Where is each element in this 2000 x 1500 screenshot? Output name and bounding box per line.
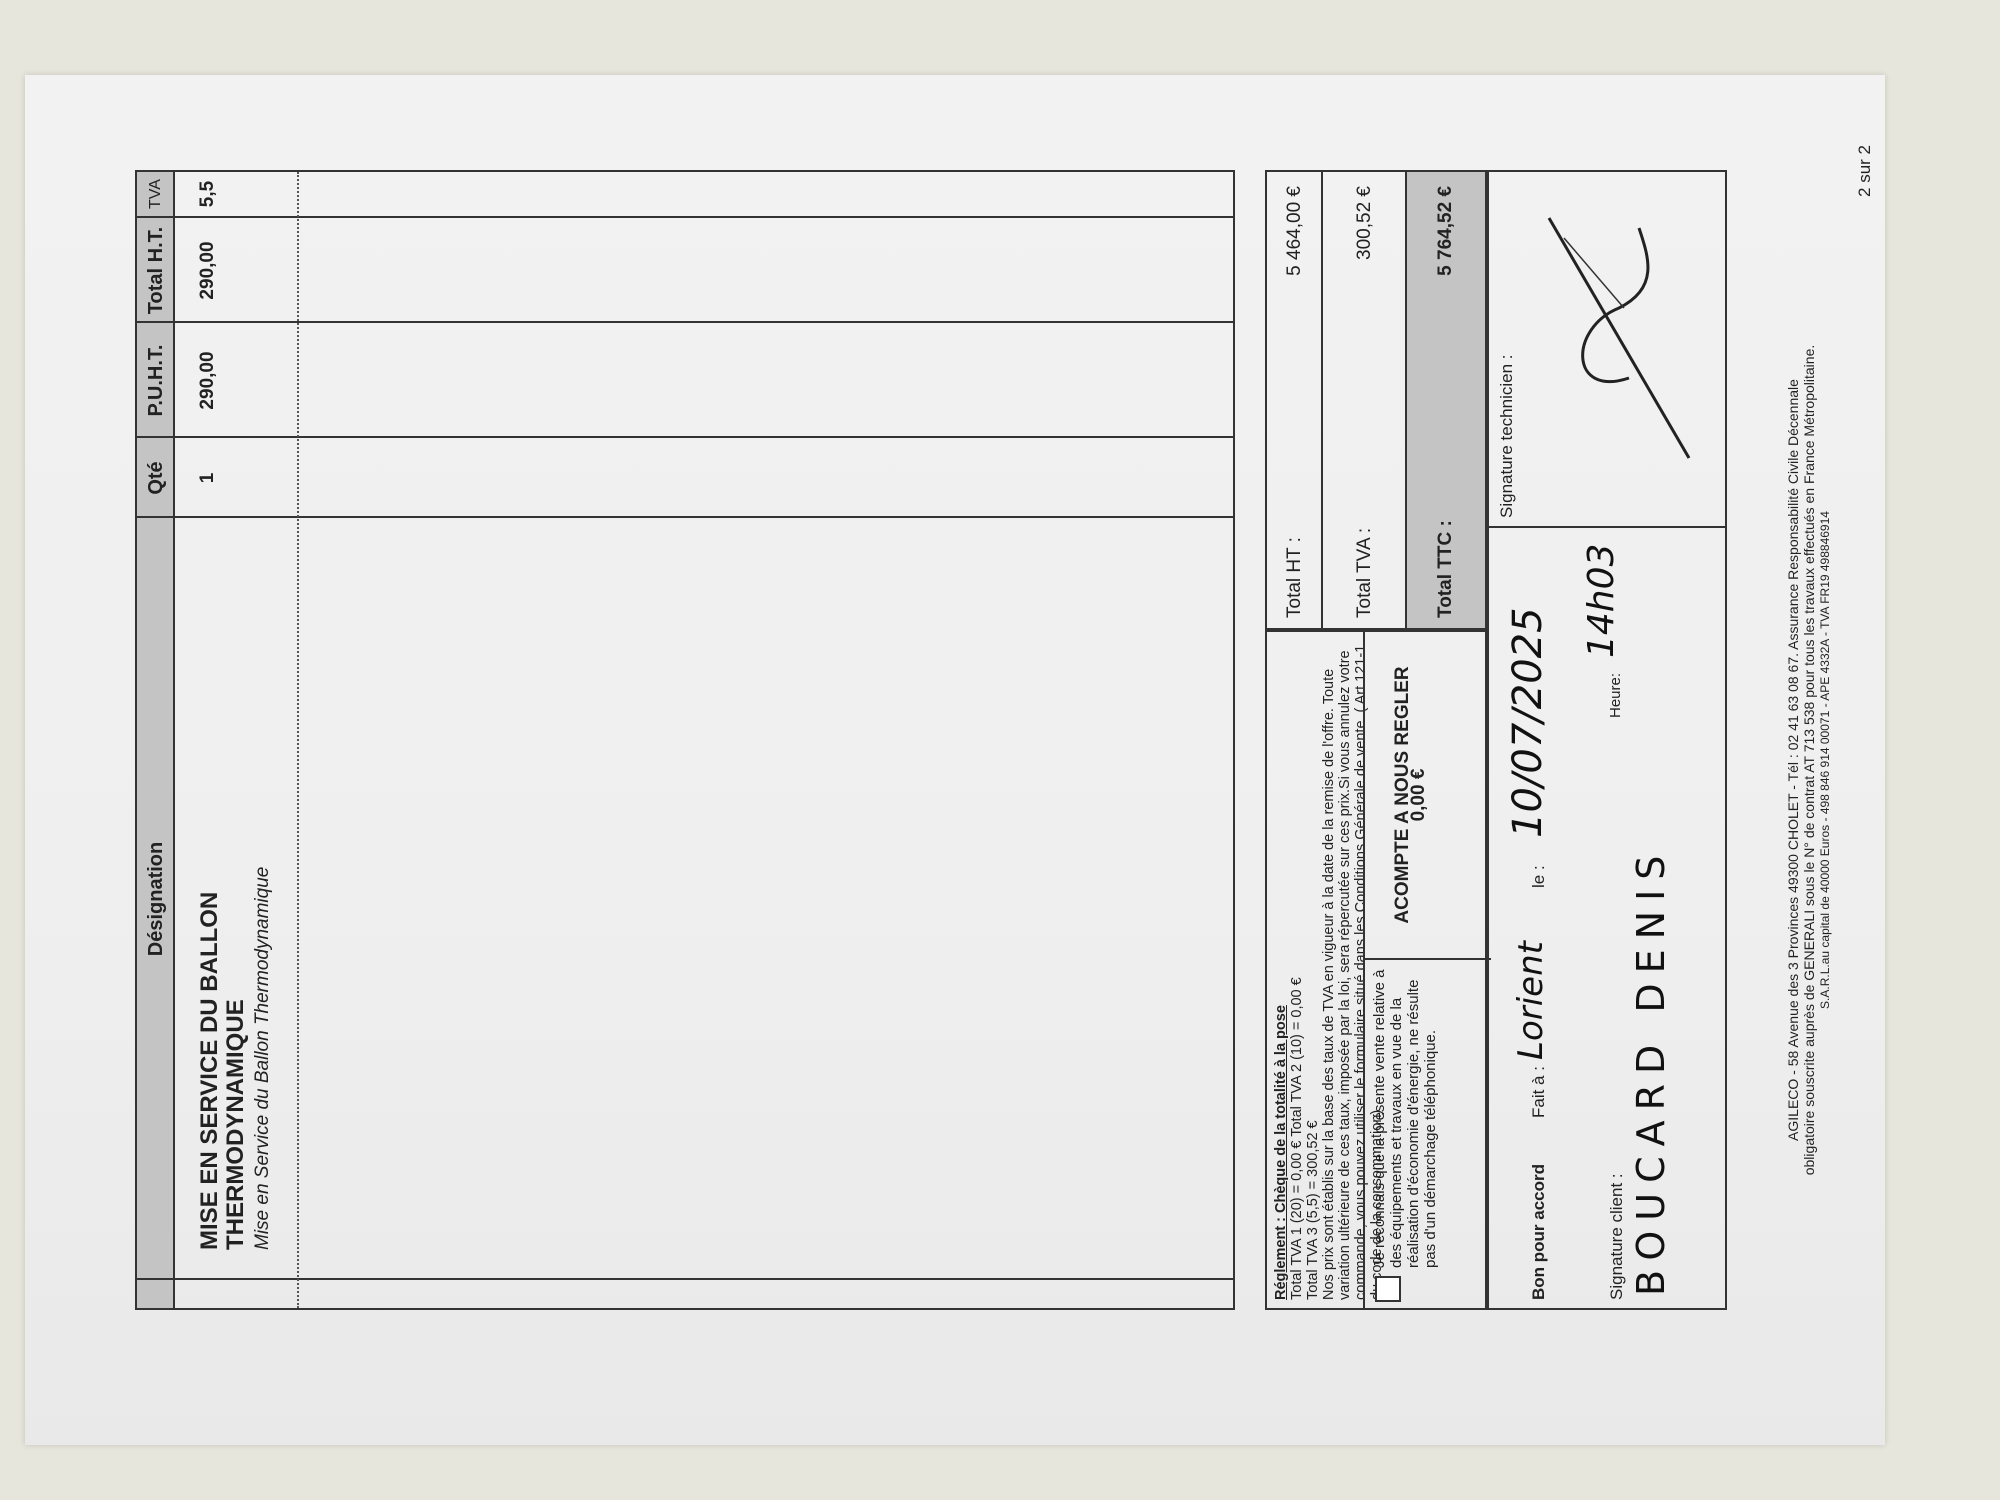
consent-checkbox[interactable] — [1375, 1276, 1401, 1302]
fait-a-value: Lorient — [1511, 941, 1551, 1060]
page-number: 2 sur 2 — [1855, 145, 1875, 197]
tva-breakdown-1: Total TVA 1 (20) = 0,00 € Total TVA 2 (1… — [1289, 640, 1305, 1300]
client-signature: BOUCARD DENIS — [1629, 846, 1673, 1296]
total-ht-value: 5 464,00 € — [1267, 186, 1323, 276]
item-title: MISE EN SERVICE DU BALLON THERMODYNAMIQU… — [197, 650, 249, 1250]
item-tva: 5,5 — [197, 170, 219, 218]
signature-section: Bon pour accord Fait à : Lorient le : 10… — [1487, 170, 1727, 1310]
deposit-box: ACOMPTE A NOUS REGLER 0,00 € — [1365, 632, 1491, 960]
date-label: le : — [1529, 865, 1549, 888]
header-unit-price: P.U.H.T. — [137, 323, 175, 438]
footer-line-3: S.A.R.L.au capital de 40000 Euros - 498 … — [1817, 75, 1833, 1445]
company-footer: AGILECO - 58 Avenue des 3 Provinces 4930… — [1785, 75, 1833, 1445]
items-table: Désignation Qté P.U.H.T. Total H.T. TVA … — [135, 170, 1235, 1310]
signature-divider — [1489, 526, 1725, 528]
footer-line-1: AGILECO - 58 Avenue des 3 Provinces 4930… — [1785, 75, 1801, 1445]
item-unit-price: 290,00 — [197, 323, 219, 438]
payment-method: Réglement : Chèque de la totalité à la p… — [1273, 640, 1289, 1300]
row-separator — [297, 172, 299, 1308]
consent-text: Je reconnais que la présente vente relat… — [1371, 968, 1439, 1268]
fait-a-label: Fait à : — [1529, 1066, 1549, 1118]
document-page: Désignation Qté P.U.H.T. Total H.T. TVA … — [25, 75, 1885, 1445]
totals-box: Total HT : 5 464,00 € Total TVA : 300,52… — [1265, 170, 1487, 630]
total-ttc-row: Total TTC : 5 764,52 € — [1407, 172, 1485, 628]
bon-pour-accord: Bon pour accord — [1529, 1164, 1549, 1300]
total-tva-label: Total TVA : — [1323, 528, 1407, 618]
column-divider — [137, 216, 1233, 218]
item-total-ht: 290,00 — [197, 218, 219, 323]
header-tva: TVA — [137, 170, 175, 218]
total-ht-label: Total HT : — [1267, 537, 1323, 618]
header-designation: Désignation — [137, 518, 175, 1280]
time-value: 14h03 — [1581, 544, 1622, 658]
column-divider — [137, 436, 1233, 438]
footer-line-2: obligatoire souscrite auprès de GENERALI… — [1801, 75, 1817, 1445]
item-qty: 1 — [197, 438, 219, 518]
header-qty: Qté — [137, 438, 175, 518]
client-signature-label: Signature client : — [1607, 1173, 1627, 1300]
column-divider — [137, 516, 1233, 518]
payment-terms-box: Réglement : Chèque de la totalité à la p… — [1265, 630, 1487, 1310]
technician-signature — [1509, 188, 1709, 488]
item-subtitle: Mise en Service du Ballon Thermodynamiqu… — [252, 867, 274, 1250]
date-value: 10/07/2025 — [1505, 607, 1551, 838]
total-ttc-value: 5 764,52 € — [1407, 186, 1485, 276]
tva-breakdown-2: Total TVA 3 (5,5) = 300,52 € — [1305, 640, 1321, 1300]
total-ht-row: Total HT : 5 464,00 € — [1267, 172, 1323, 628]
total-ttc-label: Total TTC : — [1407, 520, 1485, 618]
header-total-ht: Total H.T. — [137, 218, 175, 323]
time-label: Heure: — [1607, 673, 1624, 718]
total-tva-row: Total TVA : 300,52 € — [1323, 172, 1407, 628]
deposit-value: 0,00 € — [1411, 632, 1427, 958]
column-divider — [137, 321, 1233, 323]
total-tva-value: 300,52 € — [1323, 186, 1407, 260]
column-divider — [137, 1278, 1233, 1280]
